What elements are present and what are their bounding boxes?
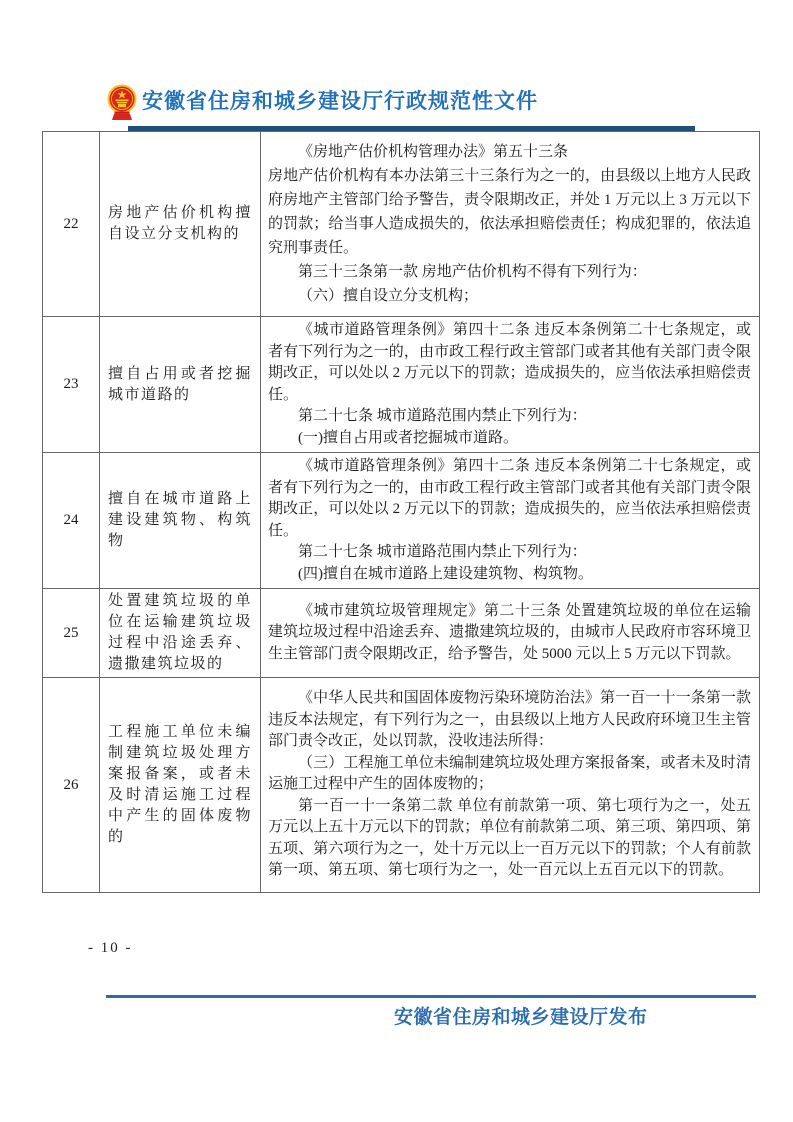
legal-basis-cell: 《城市道路管理条例》第四十二条 违反本条例第二十七条规定，或者有下列行为之一的，…: [261, 453, 760, 589]
violation-cell: 处置建筑垃圾的单位在运输建筑垃圾过程中沿途丢弃、遗撒建筑垃圾的: [100, 589, 261, 678]
row-number: 24: [43, 453, 100, 589]
row-number: 23: [43, 317, 100, 453]
footer-divider: [106, 995, 756, 998]
basis-paragraph: 《城市道路管理条例》第四十二条 违反本条例第二十七条规定，或者有下列行为之一的，…: [268, 320, 751, 406]
basis-paragraph: 《城市建筑垃圾管理规定》第二十三条 处置建筑垃圾的单位在运输建筑垃圾过程中沿途丢…: [268, 601, 751, 666]
legal-basis-cell: 《城市建筑垃圾管理规定》第二十三条 处置建筑垃圾的单位在运输建筑垃圾过程中沿途丢…: [261, 589, 760, 678]
legal-basis-cell: 《城市道路管理条例》第四十二条 违反本条例第二十七条规定，或者有下列行为之一的，…: [261, 317, 760, 453]
basis-paragraph: （三）工程施工单位未编制建筑垃圾处理方案报备案，或者未及时清运施工过程中产生的固…: [268, 753, 751, 796]
document-page: 安徽省住房和城乡建设厅行政规范性文件 22 房地产估价机构擅自设立分支机构的 《…: [0, 0, 793, 1122]
publisher-label: 安徽省住房和城乡建设厅发布: [394, 1002, 648, 1029]
table-row: 26 工程施工单位未编制建筑垃圾处理方案报备案，或者未及时清运施工过程中产生的固…: [43, 678, 760, 893]
row-number: 22: [43, 132, 100, 317]
table-row: 25 处置建筑垃圾的单位在运输建筑垃圾过程中沿途丢弃、遗撒建筑垃圾的 《城市建筑…: [43, 589, 760, 678]
row-number: 25: [43, 589, 100, 678]
basis-paragraph: (一)擅自占用或者挖掘城市道路。: [268, 428, 751, 450]
page-title: 安徽省住房和城乡建设厅行政规范性文件: [142, 86, 538, 118]
basis-paragraph: 第二十七条 城市道路范围内禁止下列行为：: [268, 542, 751, 564]
penalty-table: 22 房地产估价机构擅自设立分支机构的 《房地产估价机构管理办法》第五十三条 房…: [42, 131, 760, 893]
violation-cell: 房地产估价机构擅自设立分支机构的: [100, 132, 261, 317]
violation-cell: 工程施工单位未编制建筑垃圾处理方案报备案，或者未及时清运施工过程中产生的固体废物…: [100, 678, 261, 893]
national-emblem-icon: [106, 84, 138, 121]
row-number: 26: [43, 678, 100, 893]
table-row: 24 擅自在城市道路上建设建筑物、构筑物 《城市道路管理条例》第四十二条 违反本…: [43, 453, 760, 589]
basis-paragraph: 房地产估价机构有本办法第三十三条行为之一的，由县级以上地方人民政府房地产主管部门…: [268, 164, 751, 260]
table-row: 22 房地产估价机构擅自设立分支机构的 《房地产估价机构管理办法》第五十三条 房…: [43, 132, 760, 317]
basis-paragraph: (四)擅自在城市道路上建设建筑物、构筑物。: [268, 564, 751, 586]
page-number: - 10 -: [88, 940, 133, 957]
legal-basis-cell: 《房地产估价机构管理办法》第五十三条 房地产估价机构有本办法第三十三条行为之一的…: [261, 132, 760, 317]
basis-paragraph: 第一百一十一条第二款 单位有前款第一项、第七项行为之一，处五万元以上五十万元以下…: [268, 796, 751, 882]
basis-paragraph: 《城市道路管理条例》第四十二条 违反本条例第二十七条规定，或者有下列行为之一的，…: [268, 456, 751, 542]
violation-cell: 擅自在城市道路上建设建筑物、构筑物: [100, 453, 261, 589]
basis-paragraph: （六）擅自设立分支机构；: [268, 284, 751, 308]
legal-basis-cell: 《中华人民共和国固体废物污染环境防治法》第一百一十一条第一款 违反本法规定，有下…: [261, 678, 760, 893]
violation-cell: 擅自占用或者挖掘城市道路的: [100, 317, 261, 453]
basis-paragraph: 第二十七条 城市道路范围内禁止下列行为：: [268, 406, 751, 428]
table-row: 23 擅自占用或者挖掘城市道路的 《城市道路管理条例》第四十二条 违反本条例第二…: [43, 317, 760, 453]
basis-paragraph: 第三十三条第一款 房地产估价机构不得有下列行为：: [268, 260, 751, 284]
basis-paragraph: 《房地产估价机构管理办法》第五十三条: [268, 140, 751, 164]
penalty-table-container: 22 房地产估价机构擅自设立分支机构的 《房地产估价机构管理办法》第五十三条 房…: [42, 131, 759, 893]
basis-paragraph: 《中华人民共和国固体废物污染环境防治法》第一百一十一条第一款 违反本法规定，有下…: [268, 688, 751, 753]
